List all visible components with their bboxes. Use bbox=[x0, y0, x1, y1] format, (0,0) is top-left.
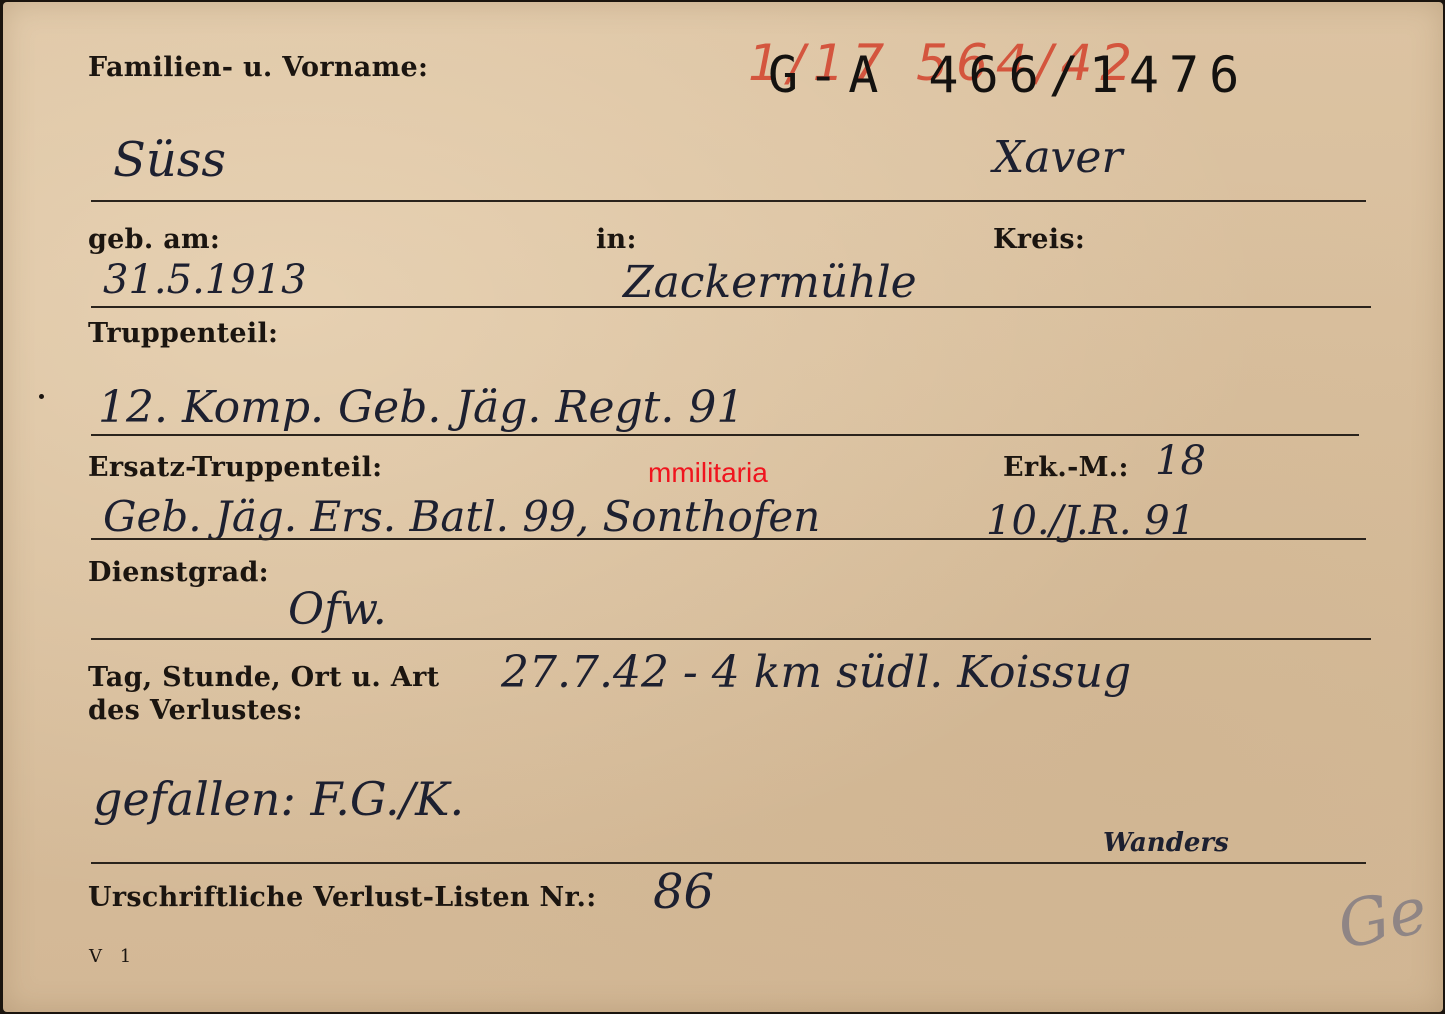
unit-label: Truppenteil: bbox=[88, 318, 278, 349]
form-code: V 1 bbox=[89, 946, 137, 967]
watermark: mmilitaria bbox=[648, 457, 768, 489]
rule-unit bbox=[91, 434, 1359, 436]
loss-label-line1: Tag, Stunde, Ort u. Art bbox=[88, 662, 439, 693]
rule-replacement bbox=[91, 538, 1366, 540]
loss-list-label: Urschriftliche Verlust-Listen Nr.: bbox=[88, 882, 597, 913]
birth-place-value: Zackermühle bbox=[623, 257, 917, 308]
id-tag-number: 18 bbox=[1155, 438, 1206, 484]
rule-birth bbox=[91, 306, 1371, 308]
replacement-unit-value: Geb. Jäg. Ers. Batl. 99, Sonthofen bbox=[103, 492, 820, 541]
district-label: Kreis: bbox=[993, 224, 1085, 255]
punch-mark bbox=[39, 394, 44, 399]
birth-date-label: geb. am: bbox=[88, 224, 220, 255]
rule-name bbox=[91, 200, 1366, 202]
loss-details-value: 27.7.42 - 4 km südl. Koissug bbox=[501, 647, 1131, 698]
id-tag-label: Erk.-M.: bbox=[1003, 452, 1129, 483]
casualty-index-card: 1/17 564/42 G-A 466/1476 Familien- u. Vo… bbox=[3, 2, 1443, 1012]
rule-loss bbox=[91, 862, 1366, 864]
loss-list-number: 86 bbox=[653, 864, 714, 920]
replacement-unit-label: Ersatz-Truppenteil: bbox=[88, 452, 382, 483]
stamped-reference-number: G-A 466/1476 bbox=[768, 46, 1249, 104]
loss-label-line2: des Verlustes: bbox=[88, 695, 303, 726]
pencil-initials: Ge bbox=[1331, 874, 1433, 965]
birth-place-label: in: bbox=[596, 224, 637, 255]
rule-rank bbox=[91, 638, 1371, 640]
unit-value: 12. Komp. Geb. Jäg. Regt. 91 bbox=[98, 382, 744, 433]
given-name-value: Xaver bbox=[993, 132, 1123, 183]
rank-label: Dienstgrad: bbox=[88, 557, 269, 588]
surname-value: Süss bbox=[113, 132, 226, 188]
rank-value: Ofw. bbox=[288, 584, 387, 635]
clerk-signature: Wanders bbox=[1103, 828, 1229, 858]
name-label: Familien- u. Vorname: bbox=[88, 52, 428, 83]
loss-type-value: gefallen: F.G./K. bbox=[93, 772, 464, 826]
birth-date-value: 31.5.1913 bbox=[103, 257, 307, 303]
